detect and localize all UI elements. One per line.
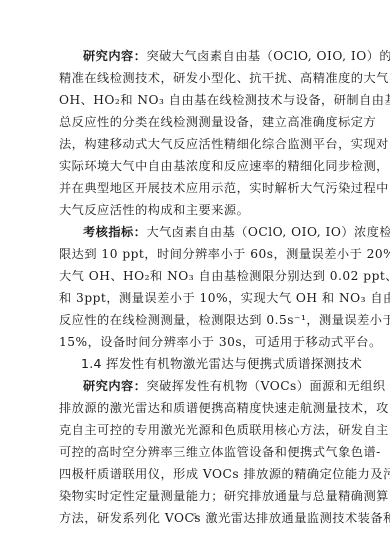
paragraph-line: 排放源的激光雷达和质谱便携高精度快速走航测量技术，攻 <box>59 398 331 418</box>
paragraph-line: 总反应性的分类在线检测测量设备，建立高准确度标定方 <box>59 112 331 132</box>
assessment-label: 考核指标： <box>83 225 146 239</box>
paragraph-line: 限达到 10 ppt，时间分辨率小于 60s，测量误差小于 20%； <box>59 244 331 264</box>
paragraph-assessment-line-1: 考核指标：大气卤素自由基（OClO, OIO, IO）浓度检测 <box>83 222 331 242</box>
paragraph-line: 并在典型地区开展技术应用示范，实时解析大气污染过程中 <box>59 178 331 198</box>
text-span: 大气卤素自由基（OClO, OIO, IO）浓度检测 <box>146 225 390 239</box>
paragraph-line: 精准在线检测技术，研发小型化、抗干扰、高精准度的大气 <box>59 68 331 88</box>
text-span: 突破挥发性有机物（VOCs）面源和无组织 <box>146 379 385 393</box>
research-content-label: 研究内容： <box>83 379 146 393</box>
page-number: 5 <box>0 513 390 521</box>
paragraph-line: 15%，设备时间分辨率小于 30s，可适用于移动式平台。 <box>59 332 331 352</box>
research-content-label: 研究内容： <box>83 49 146 63</box>
document-page: 研究内容：突破大气卤素自由基（OClO, OIO, IO）的高 精准在线检测技术… <box>0 0 390 551</box>
paragraph-line: 大气 OH、HO₂和 NO₃ 自由基检测限分别达到 0.02 ppt、0.2pp… <box>59 266 331 286</box>
paragraph-line: 法，构建移动式大气反应活性精细化综合监测平台，实现对 <box>59 134 331 154</box>
paragraph-line: 和 3ppt，测量误差小于 10%，实现大气 OH 和 NO₃ 自由基总 <box>59 288 331 308</box>
paragraph-line: OH、HO₂和 NO₃ 自由基在线检测技术与设备，研制自由基 <box>59 90 331 110</box>
paragraph-line: 克自主可控的专用激光光源和色质联用核心方法，研发自主 <box>59 420 331 440</box>
paragraph-line: 大气反应活性的构成和主要来源。 <box>59 200 331 220</box>
paragraph-line: 可控的高时空分辨率三维立体监管设备和便携式气象色谱- <box>59 442 331 462</box>
paragraph-line: 反应性的在线检测测量，检测限达到 0.5s⁻¹，测量误差小于 <box>59 310 331 330</box>
paragraph-line: 染物实时定性定量测量能力；研究排放通量与总量精确测算 <box>59 486 331 506</box>
section-heading: 1.4 挥发性有机物激光雷达与便携式质谱探测技术 <box>81 354 329 374</box>
text-span: 突破大气卤素自由基（OClO, OIO, IO）的高 <box>146 49 390 63</box>
paragraph-research-content-2-line-1: 研究内容：突破挥发性有机物（VOCs）面源和无组织 <box>83 376 331 396</box>
paragraph-line: 四极杆质谱联用仪，形成 VOCs 排放源的精确定位能力及污 <box>59 464 331 484</box>
paragraph-line: 实际环境大气中自由基浓度和反应速率的精细化同步检测， <box>59 156 331 176</box>
paragraph-research-content-line-1: 研究内容：突破大气卤素自由基（OClO, OIO, IO）的高 <box>83 46 331 66</box>
